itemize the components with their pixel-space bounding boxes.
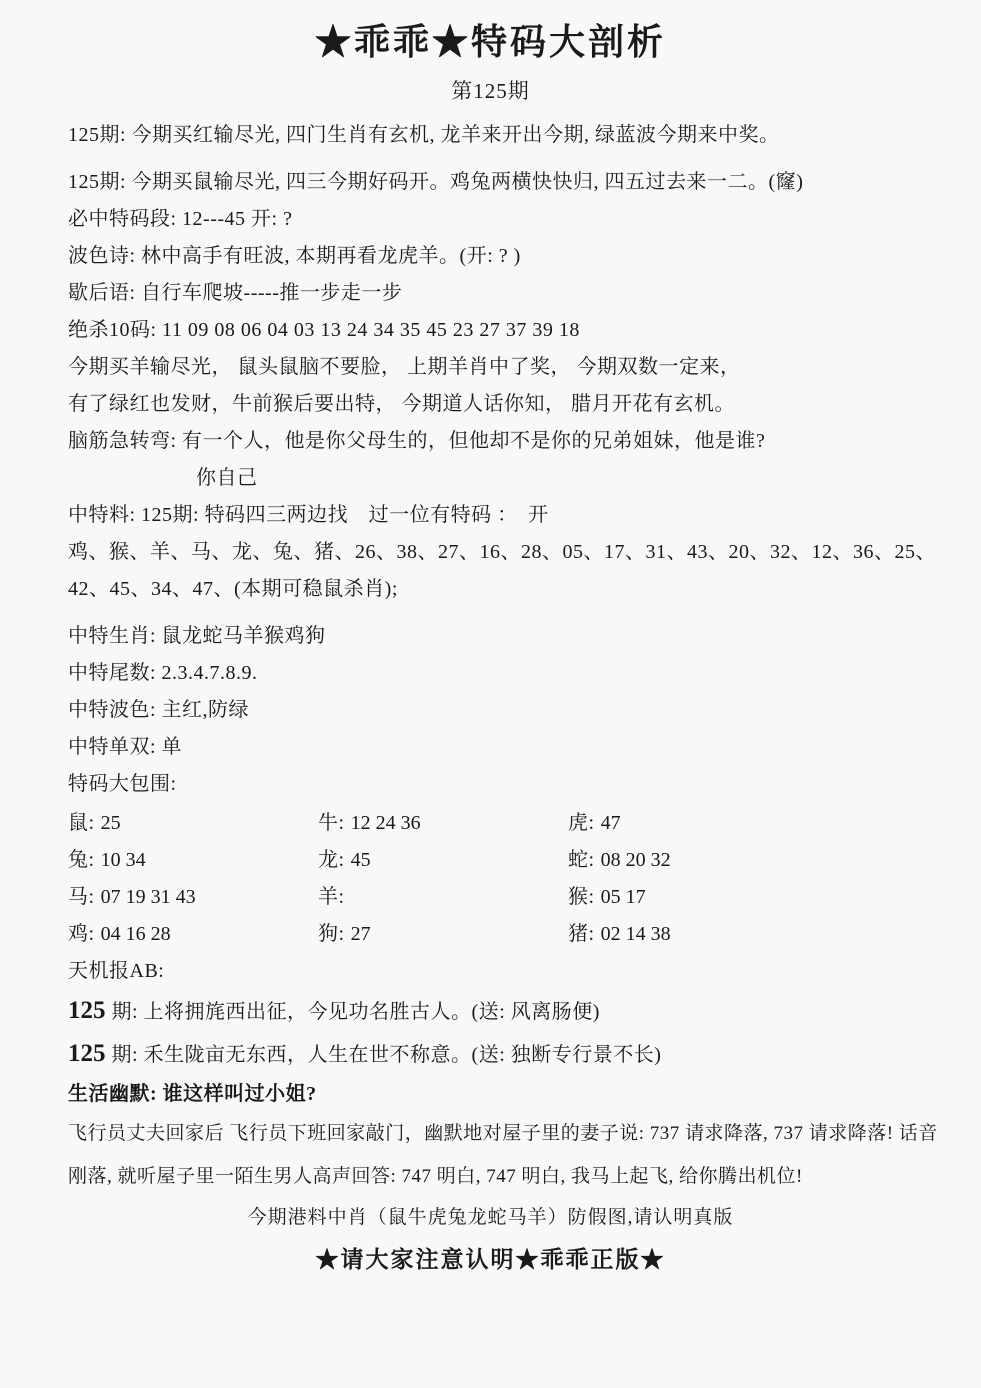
- zodiac-label: 狗:: [318, 923, 345, 945]
- zodiac-numbers: 04 16 28: [95, 923, 171, 945]
- line-tianji-report: 天机报AB:: [68, 953, 945, 990]
- line-picks-1: 鸡、猴、羊、马、龙、兔、猪、26、38、27、16、28、05、17、31、43…: [68, 534, 945, 571]
- zodiac-numbers: 02 14 38: [595, 923, 671, 945]
- line-zhongteliao: 中特料: 125期: 特码四三两边找 过一位有特码 ： 开: [68, 497, 945, 534]
- cell-rat: 鼠:25: [68, 805, 318, 842]
- line-verse-1: 今期买羊输尽光， 鼠头鼠脑不要脸， 上期羊肖中了奖， 今期双数一定来，: [68, 349, 945, 386]
- zodiac-label: 兔:: [68, 849, 95, 871]
- zodiac-label: 羊:: [318, 886, 345, 908]
- cell-snake: 蛇:08 20 32: [568, 842, 828, 879]
- line-prediction-2: 125期: 今期买鼠输尽光, 四三今期好码开。鸡兔两横快快归, 四五过去来一二。…: [68, 164, 945, 201]
- page-title: ★乖乖★特码大剖析: [0, 14, 981, 65]
- line-tail-numbers: 中特尾数: 2.3.4.7.8.9.: [68, 655, 945, 692]
- line-wave-color-poem: 波色诗: 林中高手有旺波, 本期再看龙虎羊。(开: ? ): [68, 238, 945, 275]
- zodiac-label: 猴:: [568, 886, 595, 908]
- line-picks-2: 42、45、34、47、(本期可稳鼠杀肖);: [68, 571, 945, 608]
- poem-issue-number: 125: [68, 1040, 112, 1067]
- footer-genuine-edition-stars: ★请大家注意认明★乖乖正版★: [0, 1241, 981, 1274]
- zodiac-numbers: 10 34: [95, 849, 146, 871]
- cell-pig: 猪:02 14 38: [568, 916, 828, 953]
- line-prediction-1: 125期: 今期买红输尽光, 四门生肖有玄机, 龙羊来开出今期, 绿蓝波今期来中…: [68, 117, 945, 154]
- cell-monkey: 猴:05 17: [568, 879, 828, 916]
- cell-tiger: 虎:47: [568, 805, 828, 842]
- cell-goat: 羊:: [318, 879, 568, 916]
- cell-dog: 狗:27: [318, 916, 568, 953]
- line-big-coverage-header: 特码大包围:: [68, 766, 945, 803]
- line-zodiac-picks: 中特生肖: 鼠龙蛇马羊猴鸡狗: [68, 618, 945, 655]
- poem-issue-number: 125: [68, 997, 112, 1024]
- table-row: 鸡:04 16 28 狗:27 猪:02 14 38: [68, 916, 945, 953]
- zodiac-numbers: 47: [595, 812, 621, 834]
- cell-rabbit: 兔:10 34: [68, 842, 318, 879]
- table-row: 马:07 19 31 43 羊: 猴:05 17: [68, 879, 945, 916]
- zodiac-numbers: [345, 886, 351, 908]
- zodiac-label: 马:: [68, 886, 95, 908]
- zodiac-number-table: 鼠:25 牛:12 24 36 虎:47 兔:10 34 龙:45 蛇:08 2…: [68, 805, 945, 953]
- zodiac-label: 蛇:: [568, 849, 595, 871]
- poem-line-1: 125期: 上将拥旄西出征，今见功名胜古人。(送: 风离肠便): [68, 990, 945, 1033]
- cell-dragon: 龙:45: [318, 842, 568, 879]
- line-must-hit-range: 必中特码段: 12---45 开: ?: [68, 201, 945, 238]
- line-xiehouyu: 歇后语: 自行车爬坡-----推一步走一步: [68, 275, 945, 312]
- line-wave-color: 中特波色: 主红,防绿: [68, 692, 945, 729]
- zodiac-numbers: 08 20 32: [595, 849, 671, 871]
- cell-ox: 牛:12 24 36: [318, 805, 568, 842]
- cell-horse: 马:07 19 31 43: [68, 879, 318, 916]
- zodiac-label: 牛:: [318, 812, 345, 834]
- zodiac-numbers: 07 19 31 43: [95, 886, 196, 908]
- poem-text: 期: 禾生陇亩无东西，人生在世不称意。(送: 独断专行景不长): [112, 1044, 662, 1066]
- lottery-analysis-sheet: ★乖乖★特码大剖析 第125期 125期: 今期买红输尽光, 四门生肖有玄机, …: [0, 0, 981, 1388]
- zodiac-numbers: 12 24 36: [345, 812, 421, 834]
- footer-anticounterfeit-notice: 今期港料中肖（鼠牛虎兔龙蛇马羊）防假图,请认明真版: [0, 1202, 981, 1229]
- issue-number: 第125期: [0, 75, 981, 105]
- zodiac-numbers: 45: [345, 849, 371, 871]
- line-brain-teaser: 脑筋急转弯: 有一个人，他是你父母生的，但他却不是你的兄弟姐妹，他是谁?: [68, 423, 945, 460]
- joke-text-line-2: 刚落, 就听屋子里一陌生男人高声回答: 747 明白, 747 明白, 我马上起…: [68, 1155, 945, 1198]
- line-life-humor: 生活幽默: 谁这样叫过小姐?: [68, 1076, 945, 1112]
- joke-text-line-1: 飞行员丈夫回家后 飞行员下班回家敲门，幽默地对屋子里的妻子说: 737 请求降落…: [68, 1112, 945, 1155]
- line-verse-2: 有了绿红也发财，牛前猴后要出特， 今期道人话你知， 腊月开花有玄机。: [68, 386, 945, 423]
- table-row: 鼠:25 牛:12 24 36 虎:47: [68, 805, 945, 842]
- zodiac-label: 鼠:: [68, 812, 95, 834]
- poem-text: 期: 上将拥旄西出征，今见功名胜古人。(送: 风离肠便): [112, 1001, 600, 1023]
- poem-line-2: 125期: 禾生陇亩无东西，人生在世不称意。(送: 独断专行景不长): [68, 1033, 945, 1076]
- line-odd-even: 中特单双: 单: [68, 729, 945, 766]
- zodiac-label: 鸡:: [68, 923, 95, 945]
- line-brain-teaser-answer: 你自己: [68, 460, 945, 497]
- zodiac-numbers: 05 17: [595, 886, 646, 908]
- zodiac-numbers: 25: [95, 812, 121, 834]
- document-body: 125期: 今期买红输尽光, 四门生肖有玄机, 龙羊来开出今期, 绿蓝波今期来中…: [0, 117, 981, 1198]
- zodiac-label: 猪:: [568, 923, 595, 945]
- zodiac-label: 虎:: [568, 812, 595, 834]
- zodiac-numbers: 27: [345, 923, 371, 945]
- zodiac-label: 龙:: [318, 849, 345, 871]
- table-row: 兔:10 34 龙:45 蛇:08 20 32: [68, 842, 945, 879]
- cell-rooster: 鸡:04 16 28: [68, 916, 318, 953]
- line-kill-10-codes: 绝杀10码: 11 09 08 06 04 03 13 24 34 35 45 …: [68, 312, 945, 349]
